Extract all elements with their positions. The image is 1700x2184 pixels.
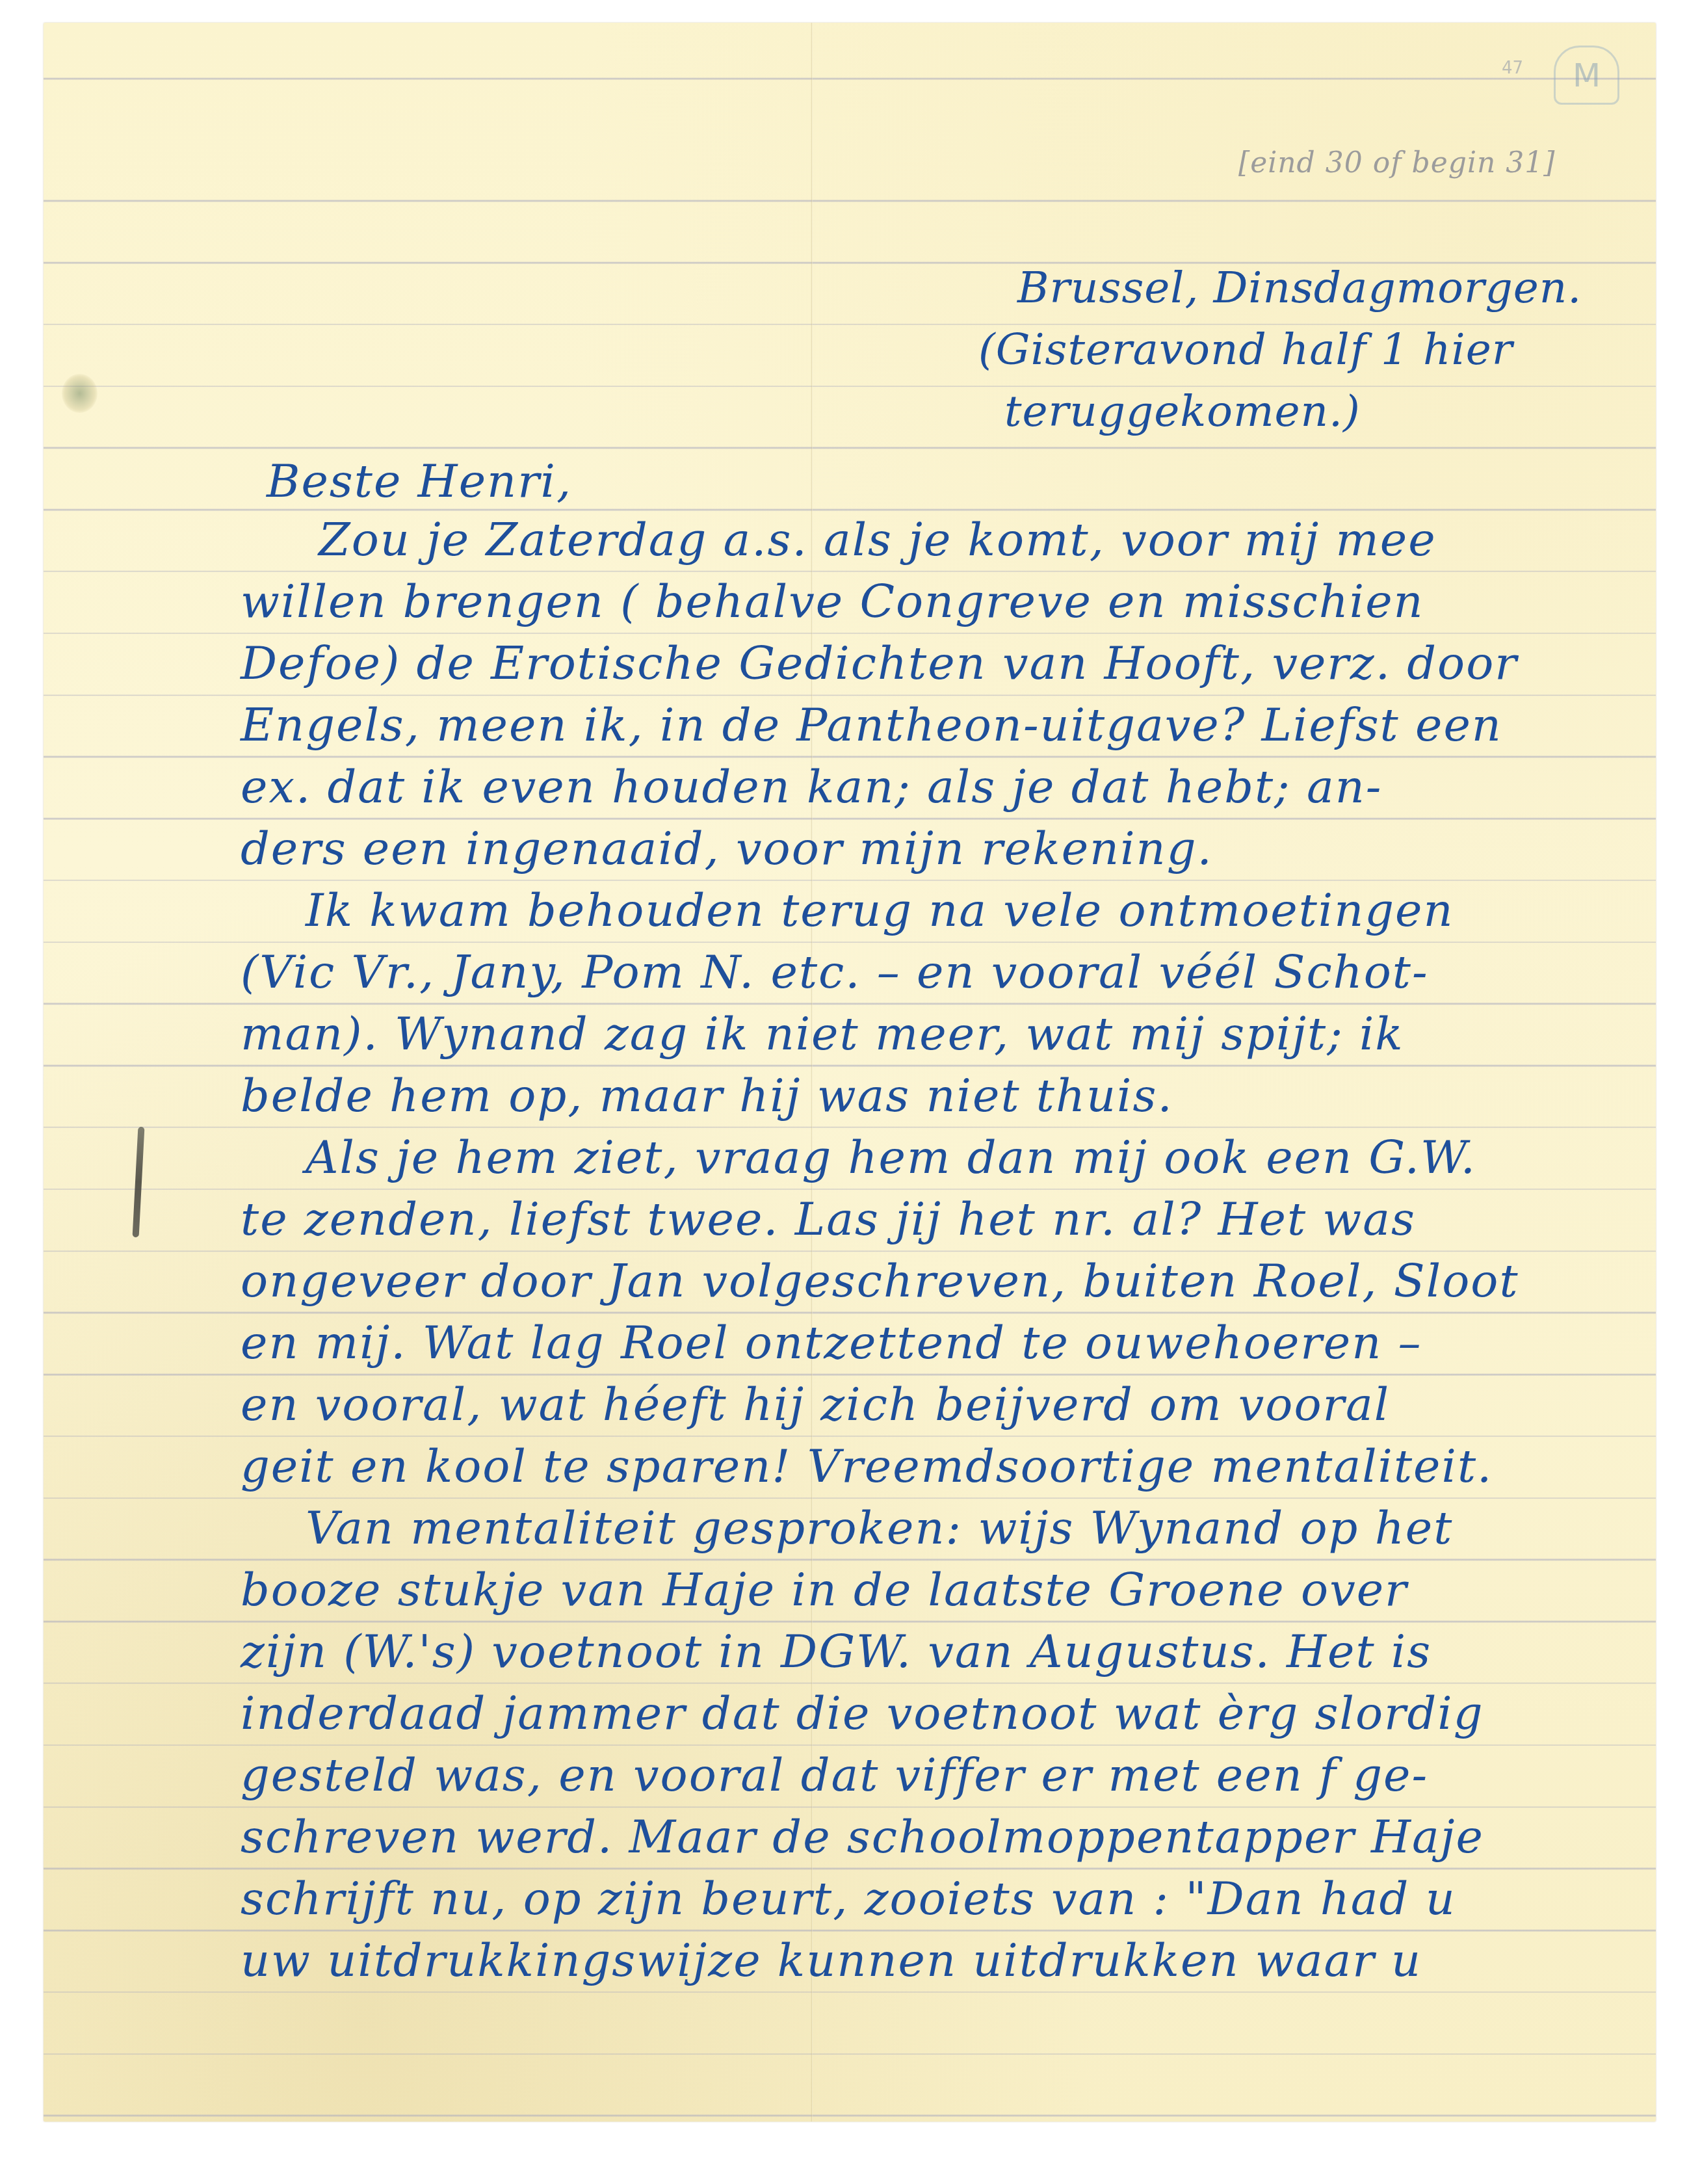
letter-line: en vooral, wat héeft hij zich beijverd o… bbox=[241, 1382, 1390, 1427]
letter-line: Ik kwam behouden terug na vele ontmoetin… bbox=[306, 888, 1454, 933]
letter-line: Engels, meen ik, in de Pantheon-uitgave?… bbox=[241, 702, 1502, 748]
letter-line: booze stukje van Haje in de laatste Groe… bbox=[241, 1567, 1408, 1612]
archive-stamp-letter: M bbox=[1573, 57, 1601, 94]
letter-line: willen brengen ( behalve Congreve en mis… bbox=[241, 579, 1424, 624]
letter-line: (Vic Vr., Jany, Pom N. etc. – en vooral … bbox=[241, 949, 1429, 995]
letter-place-date: Brussel, Dinsdagmorgen. bbox=[1017, 267, 1582, 309]
letter-line: man). Wynand zag ik niet meer, wat mij s… bbox=[241, 1011, 1404, 1057]
letter-line: ongeveer door Jan volgeschreven, buiten … bbox=[241, 1258, 1519, 1304]
ink-stain bbox=[62, 374, 98, 413]
letter-line: en mij. Wat lag Roel ontzettend te ouweh… bbox=[241, 1320, 1422, 1365]
letter-line: Als je hem ziet, vraag hem dan mij ook e… bbox=[306, 1135, 1476, 1180]
letter-line: belde hem op, maar hij was niet thuis. bbox=[241, 1073, 1173, 1118]
letter-line: gesteld was, en vooral dat viffer er met… bbox=[241, 1752, 1428, 1798]
archive-stamp-icon: M bbox=[1554, 46, 1619, 105]
pencil-date-annotation: [eind 30 of begin 31] bbox=[1238, 146, 1555, 179]
letter-line: uw uitdrukkingswijze kunnen uitdrukken w… bbox=[241, 1938, 1422, 1983]
letter-line: zijn (W.'s) voetnoot in DGW. van Augustu… bbox=[241, 1629, 1432, 1674]
letter-line: Van mentaliteit gesproken: wijs Wynand o… bbox=[306, 1505, 1453, 1551]
letter-arrival-note-2: teruggekomen.) bbox=[1004, 390, 1361, 433]
letter-line: schreven werd. Maar de schoolmoppentappe… bbox=[241, 1814, 1484, 1860]
letter-arrival-note-1: (Gisteravond half 1 hier bbox=[978, 328, 1513, 371]
archive-stamp-number: 47 bbox=[1502, 59, 1523, 78]
letter-line: ex. dat ik even houden kan; als je dat h… bbox=[241, 764, 1382, 809]
letter-line: geit en kool te sparen! Vreemdsoortige m… bbox=[241, 1443, 1493, 1489]
letter-line: Defoe) de Erotische Gedichten van Hooft,… bbox=[241, 640, 1518, 686]
letter-line: Zou je Zaterdag a.s. als je komt, voor m… bbox=[319, 517, 1437, 562]
letter-line: inderdaad jammer dat die voetnoot wat èr… bbox=[241, 1691, 1484, 1736]
letter-line: schrijft nu, op zijn beurt, zooiets van … bbox=[241, 1876, 1456, 1921]
letter-line: te zenden, liefst twee. Las jij het nr. … bbox=[241, 1196, 1416, 1242]
letter-line: ders een ingenaaid, voor mijn rekening. bbox=[241, 826, 1213, 871]
letter-salutation: Beste Henri, bbox=[267, 458, 572, 504]
